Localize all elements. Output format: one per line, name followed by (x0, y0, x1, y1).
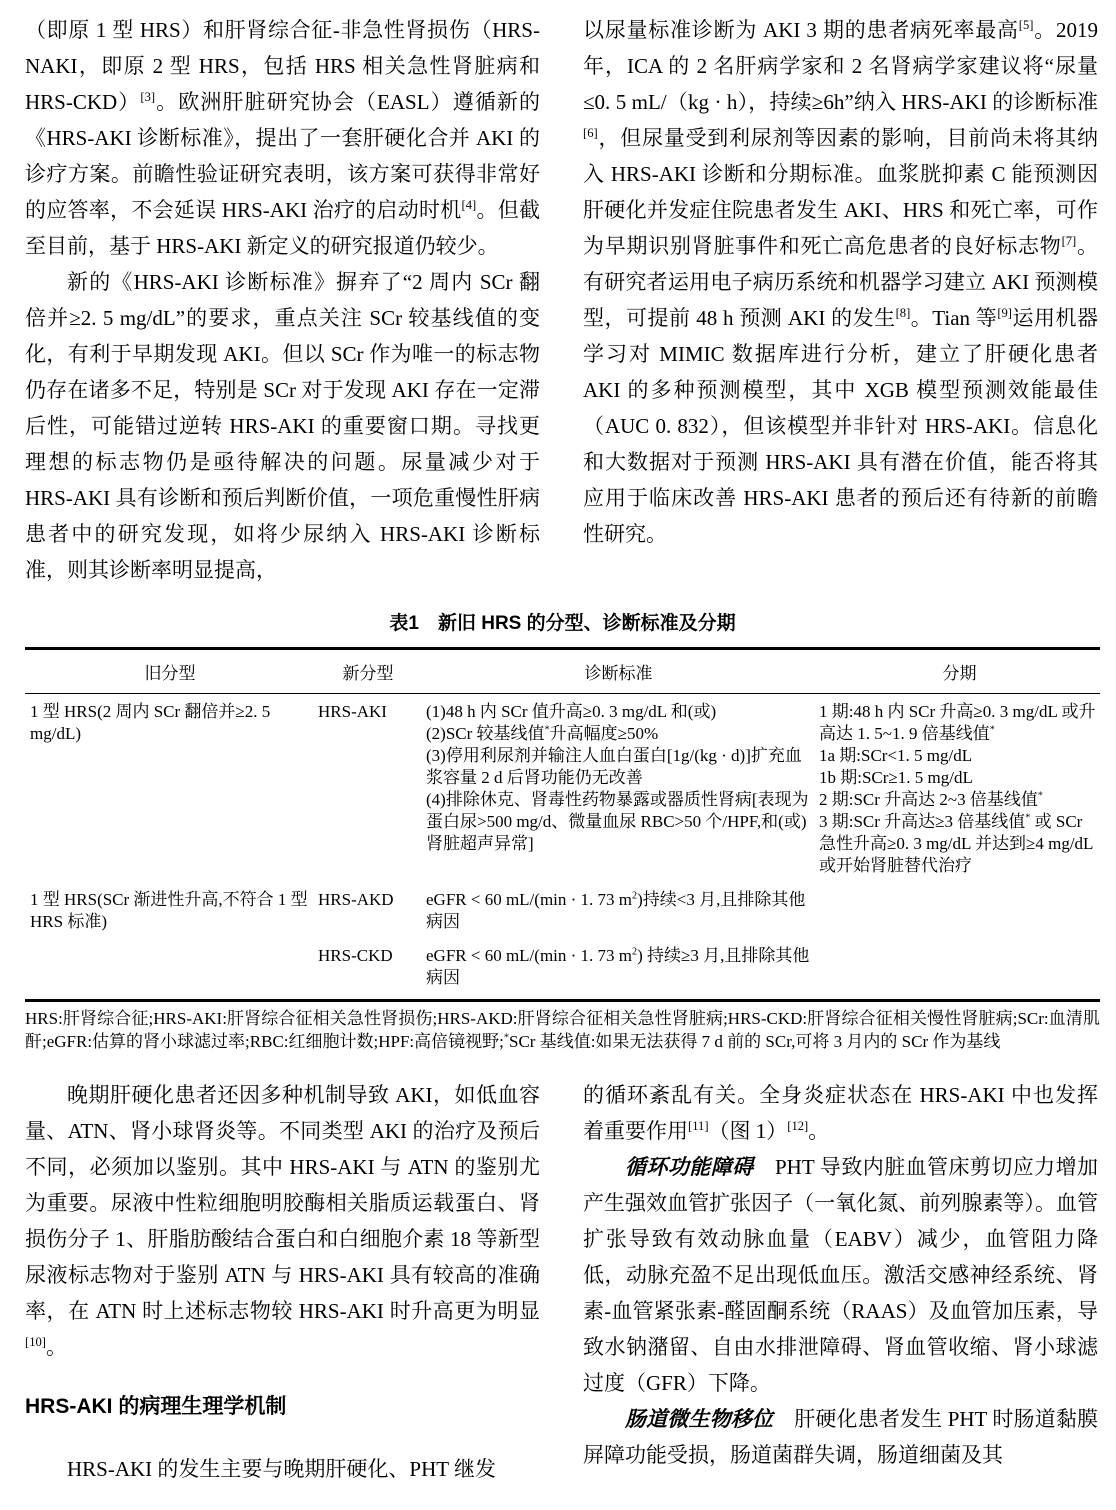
cell-staging (819, 889, 1100, 933)
table-header-old-type: 旧分型 (30, 659, 310, 684)
bottom-left-column: 晚期肝硬化患者还因多种机制导致 AKI，如低血容量、ATN、肾小球肾炎等。不同类… (25, 1077, 540, 1487)
cell-new-type: HRS-AKI (318, 701, 418, 877)
paragraph: 晚期肝硬化患者还因多种机制导致 AKI，如低血容量、ATN、肾小球肾炎等。不同类… (25, 1077, 540, 1365)
paragraph-gut-microbial-translocation: 肠道微生物移位 肝硬化患者发生 PHT 时肠道黏膜屏障功能受损，肠道菌群失调，肠… (583, 1401, 1098, 1473)
cell-criteria: eGFR < 60 mL/(min · 1. 73 m2)持续<3 月,且排除其… (426, 889, 811, 933)
cell-criteria: eGFR < 60 mL/(min · 1. 73 m2) 持续≥3 月,且排除… (426, 945, 811, 989)
paragraph-circulatory-dysfunction: 循环功能障碍 PHT 导致内脏血管床剪切应力增加产生强效血管扩张因子（一氧化氮、… (583, 1149, 1098, 1401)
cell-staging: 1 期:48 h 内 SCr 升高≥0. 3 mg/dL 或升高达 1. 5~1… (819, 701, 1100, 877)
table-footnote: HRS:肝肾综合征;HRS-AKI:肝肾综合征相关急性肾损伤;HRS-AKD:肝… (25, 1007, 1100, 1053)
table-header-criteria: 诊断标准 (426, 659, 811, 684)
table-header-row: 旧分型 新分型 诊断标准 分期 (25, 647, 1100, 694)
paragraph-continuation: （即原 1 型 HRS）和肝肾综合征-非急性肾损伤（HRS-NAKI，即原 2 … (25, 12, 540, 264)
cell-new-type: HRS-CKD (318, 945, 418, 989)
table-1-block: 表1 新旧 HRS 的分型、诊断标准及分期 旧分型 新分型 诊断标准 分期 1 … (25, 608, 1100, 1053)
paragraph: HRS-AKI 的发生主要与晚期肝硬化、PHT 继发 (25, 1451, 540, 1487)
table-row: HRS-CKD eGFR < 60 mL/(min · 1. 73 m2) 持续… (25, 945, 1100, 989)
cell-old-type: 1 型 HRS(2 周内 SCr 翻倍并≥2. 5 mg/dL) (30, 701, 310, 877)
table-title: 表1 新旧 HRS 的分型、诊断标准及分期 (25, 608, 1100, 635)
table-header-staging: 分期 (819, 659, 1100, 684)
cell-new-type: HRS-AKD (318, 889, 418, 933)
bottom-section: 晚期肝硬化患者还因多种机制导致 AKI，如低血容量、ATN、肾小球肾炎等。不同类… (25, 1077, 1100, 1487)
cell-old-type: 1 型 HRS(SCr 渐进性升高,不符合 1 型 HRS 标准) (30, 889, 310, 933)
paragraph: 新的《HRS-AKI 诊断标准》摒弃了“2 周内 SCr 翻倍并≥2. 5 mg… (25, 264, 540, 588)
bottom-right-column: 的循环紊乱有关。全身炎症状态在 HRS-AKI 中也发挥着重要作用[11]（图 … (583, 1077, 1098, 1487)
table-header-new-type: 新分型 (318, 659, 418, 684)
paragraph-continuation: 以尿量标准诊断为 AKI 3 期的患者病死率最高[5]。2019 年，ICA 的… (583, 12, 1098, 552)
top-section: （即原 1 型 HRS）和肝肾综合征-非急性肾损伤（HRS-NAKI，即原 2 … (25, 12, 1100, 588)
top-right-column: 以尿量标准诊断为 AKI 3 期的患者病死率最高[5]。2019 年，ICA 的… (583, 12, 1098, 588)
top-left-column: （即原 1 型 HRS）和肝肾综合征-非急性肾损伤（HRS-NAKI，即原 2 … (25, 12, 540, 588)
table-row: 1 型 HRS(2 周内 SCr 翻倍并≥2. 5 mg/dL) HRS-AKI… (25, 701, 1100, 877)
cell-old-type (30, 945, 310, 989)
section-heading: HRS-AKI 的病理生理学机制 (25, 1389, 540, 1425)
table-body: 1 型 HRS(2 周内 SCr 翻倍并≥2. 5 mg/dL) HRS-AKI… (25, 694, 1100, 1002)
paragraph-continuation: 的循环紊乱有关。全身炎症状态在 HRS-AKI 中也发挥着重要作用[11]（图 … (583, 1077, 1098, 1149)
journal-page: （即原 1 型 HRS）和肝肾综合征-非急性肾损伤（HRS-NAKI，即原 2 … (0, 0, 1116, 1487)
table-row: 1 型 HRS(SCr 渐进性升高,不符合 1 型 HRS 标准) HRS-AK… (25, 889, 1100, 933)
cell-criteria: (1)48 h 内 SCr 值升高≥0. 3 mg/dL 和(或)(2)SCr … (426, 701, 811, 877)
cell-staging (819, 945, 1100, 989)
